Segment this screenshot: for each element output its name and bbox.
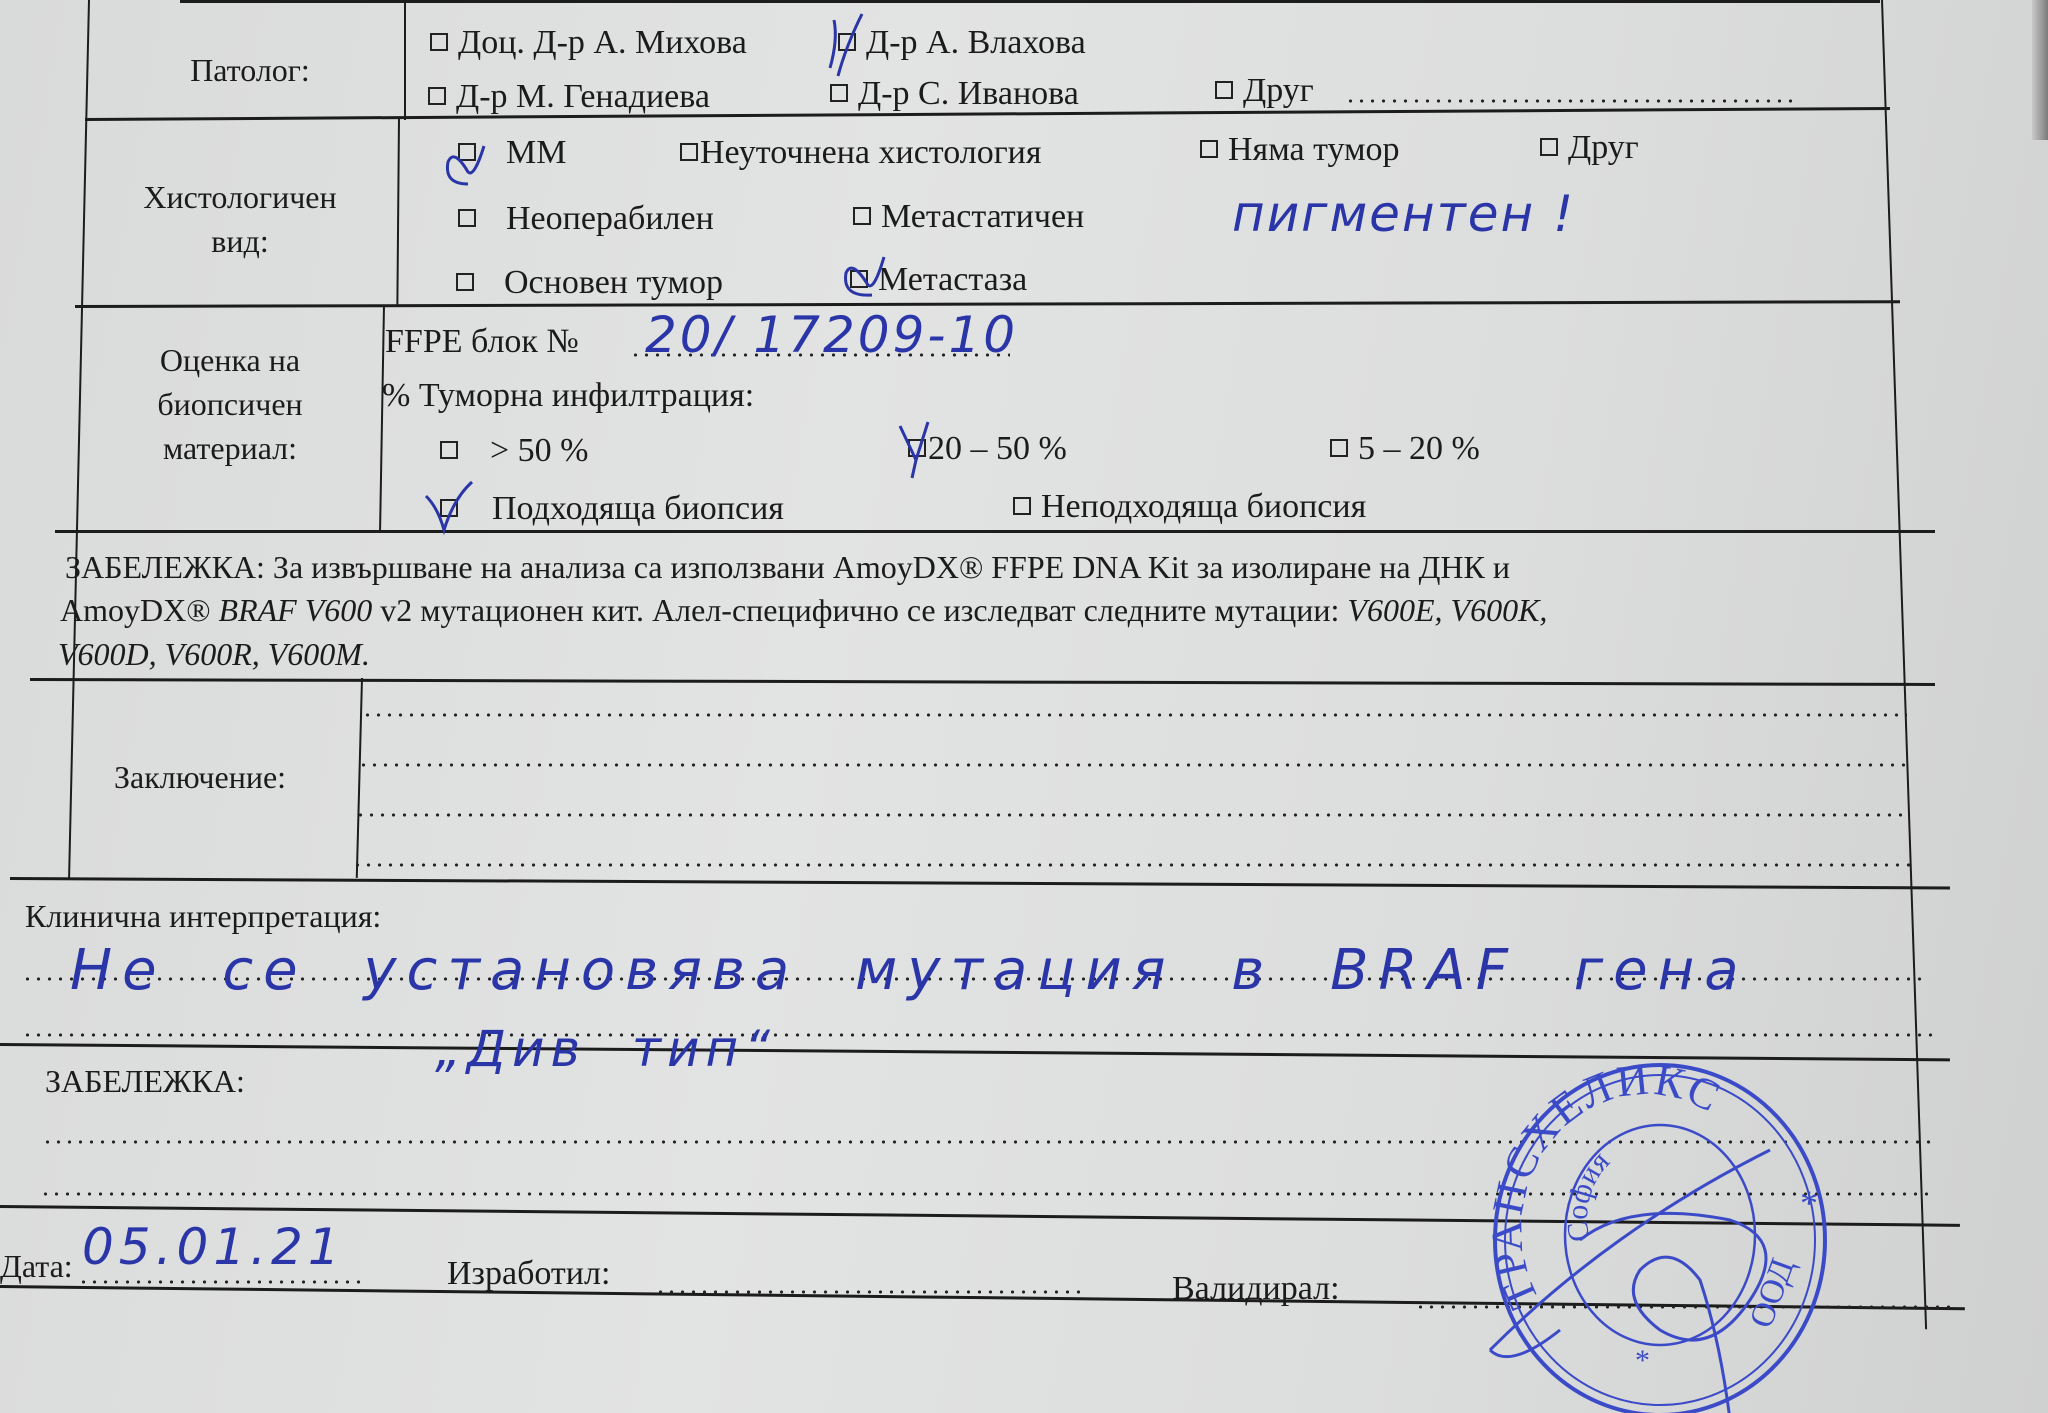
- other-fill-line[interactable]: [1345, 99, 1795, 103]
- column-divider: [404, 0, 406, 120]
- check-mark-metastasis: [838, 255, 898, 305]
- clinical-line[interactable]: [22, 1033, 1932, 1037]
- pathologist-option-other[interactable]: Друг: [1215, 74, 1314, 108]
- check-mark-mm: [438, 138, 498, 198]
- handwritten-clinical-interpretation[interactable]: Не се установява мутация в BRAF гена: [70, 938, 1749, 1003]
- histology-option-unspecified[interactable]: Неуточнена хистология: [680, 136, 1042, 170]
- checkbox[interactable]: [430, 33, 448, 51]
- prepared-by-label: Изработил:: [447, 1257, 610, 1291]
- histology-option-inoperable[interactable]: Неоперабилен: [458, 202, 714, 236]
- kit-note-line2: AmoyDX® BRAF V600 v2 мутационен кит. Але…: [60, 594, 1547, 626]
- biopsy-unsuitable-option[interactable]: Неподходяща биопсия: [1013, 490, 1366, 524]
- conclusion-line[interactable]: [362, 713, 1907, 717]
- checkbox[interactable]: [1540, 138, 1558, 156]
- svg-text:София: София: [1561, 1145, 1616, 1244]
- biopsy-label: Оценка на биопсичен материал:: [85, 338, 375, 470]
- clinical-interpretation-label: Клинична интерпретация:: [25, 900, 381, 932]
- conclusion-line[interactable]: [352, 863, 1912, 867]
- column-divider: [396, 118, 400, 306]
- conclusion-label: Заключение:: [40, 755, 360, 799]
- note-label: ЗАБЕЛЕЖКА:: [45, 1065, 245, 1097]
- checkbox[interactable]: [680, 143, 698, 161]
- checkbox[interactable]: [458, 209, 476, 227]
- checkbox[interactable]: [853, 207, 871, 225]
- ffpe-block-label: FFPE блок №: [385, 325, 579, 359]
- checkbox[interactable]: [428, 87, 446, 105]
- checkbox[interactable]: [1215, 81, 1233, 99]
- pathologist-option-ivanova[interactable]: Д-р С. Иванова: [830, 77, 1079, 111]
- histology-option-other[interactable]: Друг: [1540, 131, 1639, 165]
- checkbox[interactable]: [1330, 439, 1348, 457]
- divider: [30, 678, 1935, 686]
- prepared-by-field[interactable]: [655, 1290, 1085, 1294]
- svg-text:*: *: [1800, 1183, 1818, 1223]
- date-fill-line: [78, 1280, 368, 1284]
- kit-note-line3: V600D, V600R, V600M.: [58, 638, 370, 670]
- checkbox[interactable]: [1013, 497, 1031, 515]
- svg-text:*: *: [1635, 1344, 1650, 1377]
- histology-label: Хистологичен вид:: [90, 175, 390, 263]
- checkbox[interactable]: [830, 84, 848, 102]
- handwritten-histology-note: пигментен !: [1232, 185, 1575, 243]
- divider: [10, 877, 1950, 889]
- company-stamp: ТРАНСХЕЛИКС София ООД * *: [1470, 1040, 1850, 1413]
- check-mark-20-50: [896, 420, 936, 480]
- divider: [180, 0, 1880, 3]
- divider: [55, 530, 1935, 533]
- handwritten-wild-type[interactable]: „Див тип“: [435, 1020, 776, 1078]
- date-label: Дата:: [0, 1250, 73, 1282]
- checkbox[interactable]: [1200, 140, 1218, 158]
- infiltration-option-5-20[interactable]: 5 – 20 %: [1330, 432, 1480, 466]
- date-value[interactable]: 05.01.21: [82, 1218, 345, 1276]
- checkbox[interactable]: [456, 273, 474, 291]
- ffpe-block-value[interactable]: 20/ 17209-10: [645, 306, 1018, 364]
- svg-text:ТРАНСХЕЛИКС: ТРАНСХЕЛИКС: [1482, 1054, 1730, 1316]
- pathologist-option-genadieva[interactable]: Д-р М. Генадиева: [428, 80, 710, 114]
- kit-note-line1: ЗАБЕЛЕЖКА: За извършване на анализа са и…: [65, 551, 1510, 583]
- histology-option-no-tumor[interactable]: Няма тумор: [1200, 133, 1400, 167]
- background-edge: [2032, 0, 2048, 140]
- border: [1881, 0, 1927, 1329]
- conclusion-line[interactable]: [355, 813, 1910, 817]
- validated-by-label: Валидирал:: [1172, 1272, 1340, 1306]
- checkbox[interactable]: [440, 441, 458, 459]
- biopsy-suitable-option[interactable]: Подходяща биопсия: [440, 492, 784, 526]
- infiltration-label: % Туморна инфилтрация:: [382, 379, 754, 413]
- conclusion-line[interactable]: [358, 763, 1908, 767]
- pathologist-option-mihova[interactable]: Доц. Д-р А. Михова: [430, 26, 747, 60]
- lab-report-form: Патолог: Доц. Д-р А. Михова Д-р А. Влахо…: [0, 0, 2048, 1413]
- pathologist-label: Патолог:: [110, 48, 390, 92]
- histology-option-primary-tumor[interactable]: Основен тумор: [456, 266, 723, 300]
- check-mark-suitable: [420, 478, 480, 538]
- check-mark-vlahova: [820, 10, 880, 80]
- infiltration-option-over-50[interactable]: > 50 %: [440, 434, 589, 468]
- histology-option-metastatic[interactable]: Метастатичен: [853, 200, 1084, 234]
